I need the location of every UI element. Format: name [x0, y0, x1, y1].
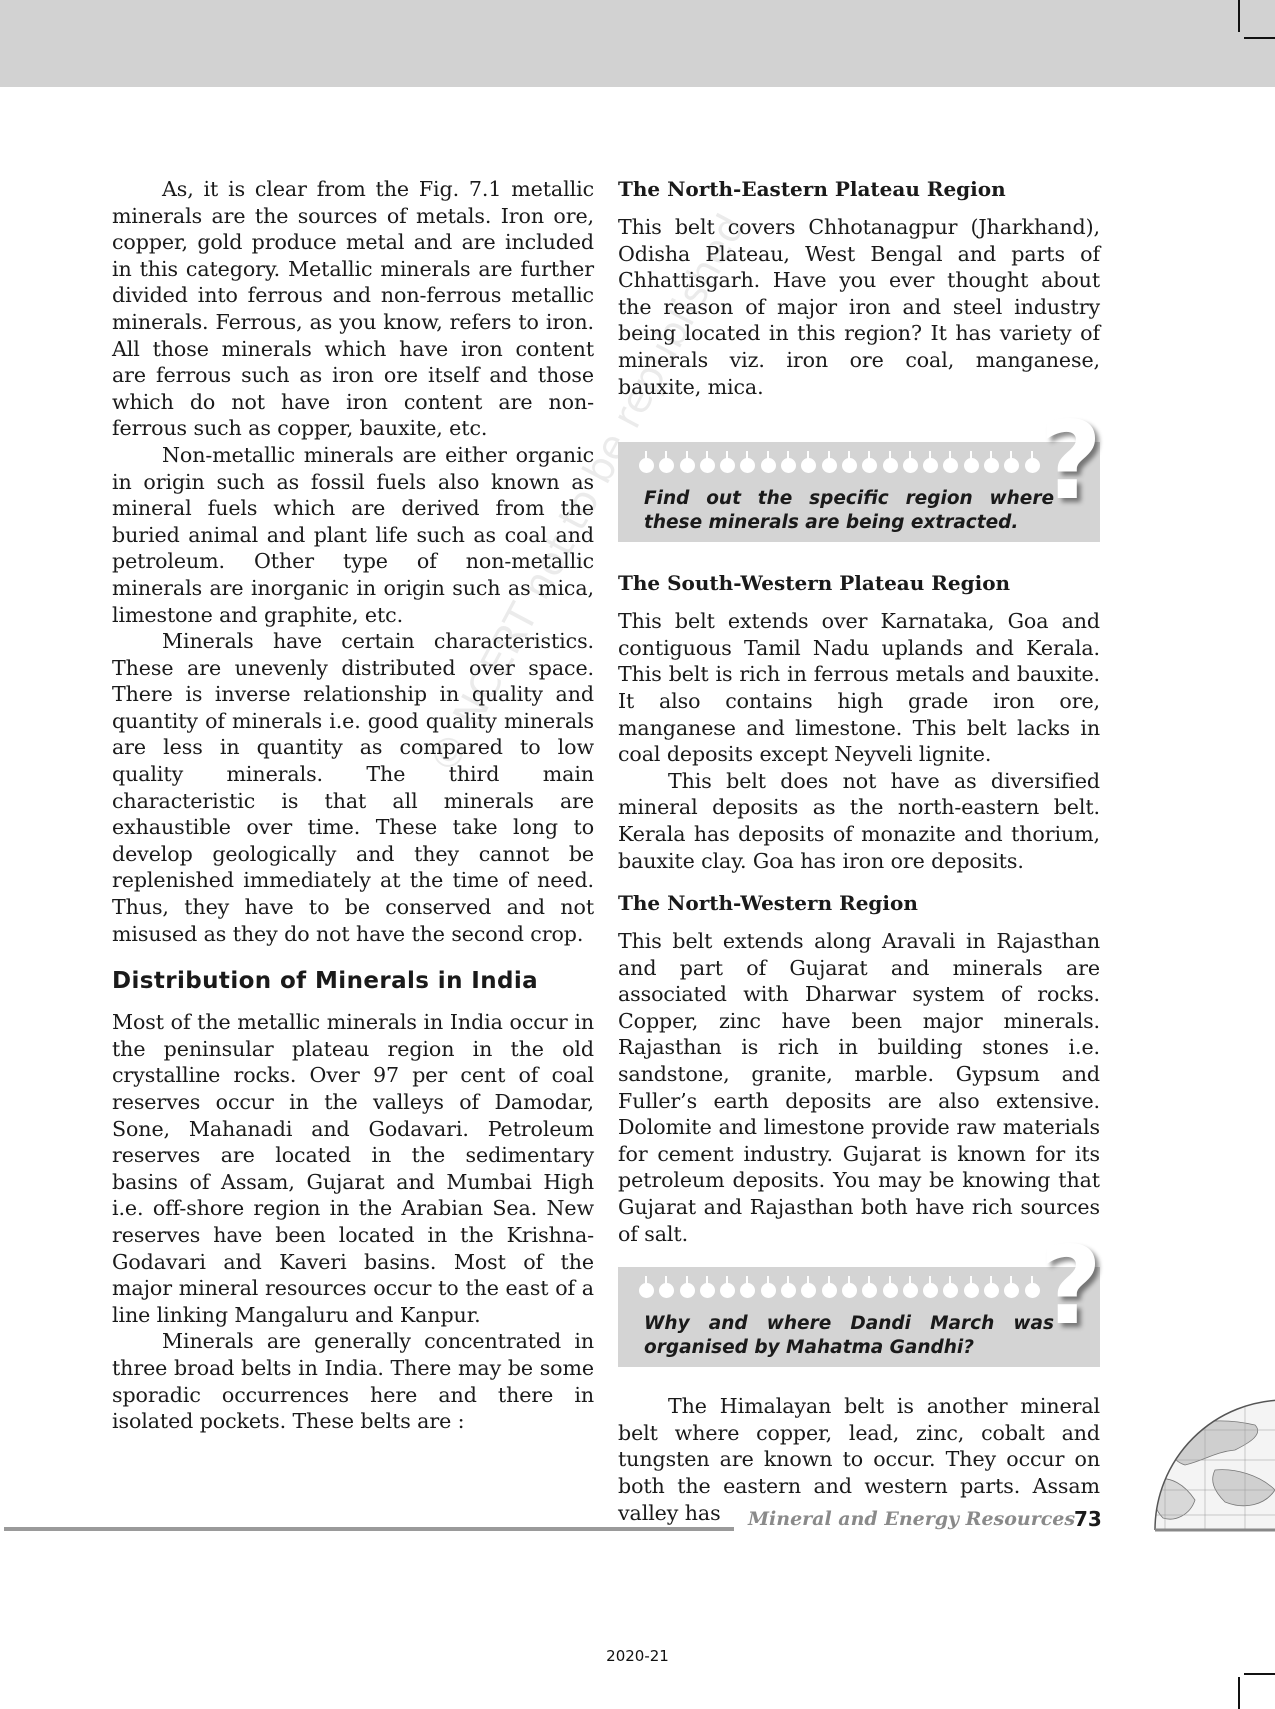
left-column: As, it is clear from the Fig. 7.1 metall… [112, 176, 594, 1435]
crop-mark-top-vertical [1238, 0, 1240, 32]
paragraph-south-western-diversity: This belt does not have as diversified m… [618, 768, 1100, 874]
right-column: The North-Eastern Plateau Region This be… [618, 176, 1100, 1526]
paragraph-south-western-plateau: This belt extends over Karnataka, Goa an… [618, 608, 1100, 768]
section-heading-distribution: Distribution of Minerals in India [112, 967, 594, 995]
paragraph-north-eastern-plateau: This belt covers Chhotanagpur (Jharkhand… [618, 214, 1100, 400]
paragraph-three-belts: Minerals are generally concentrated in t… [112, 1328, 594, 1434]
footer-chapter-title: Mineral and Energy Resources [748, 1508, 1075, 1530]
footer-rule [4, 1527, 734, 1531]
paragraph-metallic-minerals: As, it is clear from the Fig. 7.1 metall… [112, 176, 594, 442]
question-mark-icon: ? [1039, 1233, 1102, 1341]
dot-border-decoration [638, 1276, 1041, 1298]
question-text: Why and where Dandi March was organised … [644, 1312, 1054, 1360]
heading-south-western-plateau: The South-Western Plateau Region [618, 570, 1100, 596]
crop-mark-bottom-vertical [1238, 1677, 1240, 1709]
edition-year: 2020-21 [0, 1647, 1275, 1665]
heading-north-eastern-plateau: The North-Eastern Plateau Region [618, 176, 1100, 202]
crop-mark-bottom-horizontal [1244, 1673, 1275, 1675]
crop-mark-top-horizontal [1244, 37, 1275, 39]
heading-north-western-region: The North-Western Region [618, 890, 1100, 916]
page-number: 73 [1074, 1507, 1102, 1531]
dot-border-decoration [638, 451, 1041, 473]
paragraph-non-metallic-minerals: Non-metallic minerals are either organic… [112, 442, 594, 628]
paragraph-north-western-region: This belt extends along Aravali in Rajas… [618, 928, 1100, 1247]
question-box-dandi-march: Why and where Dandi March was organised … [618, 1267, 1100, 1367]
top-grey-band [0, 0, 1275, 87]
question-mark-icon: ? [1039, 408, 1102, 516]
globe-map-icon [1115, 1390, 1275, 1560]
question-text: Find out the specific region where these… [644, 487, 1054, 535]
paragraph-himalayan-belt: The Himalayan belt is another mineral be… [618, 1393, 1100, 1526]
question-box-find-region: Find out the specific region where these… [618, 442, 1100, 542]
paragraph-distribution: Most of the metallic minerals in India o… [112, 1009, 594, 1328]
paragraph-mineral-characteristics: Minerals have certain characteristics. T… [112, 628, 594, 947]
